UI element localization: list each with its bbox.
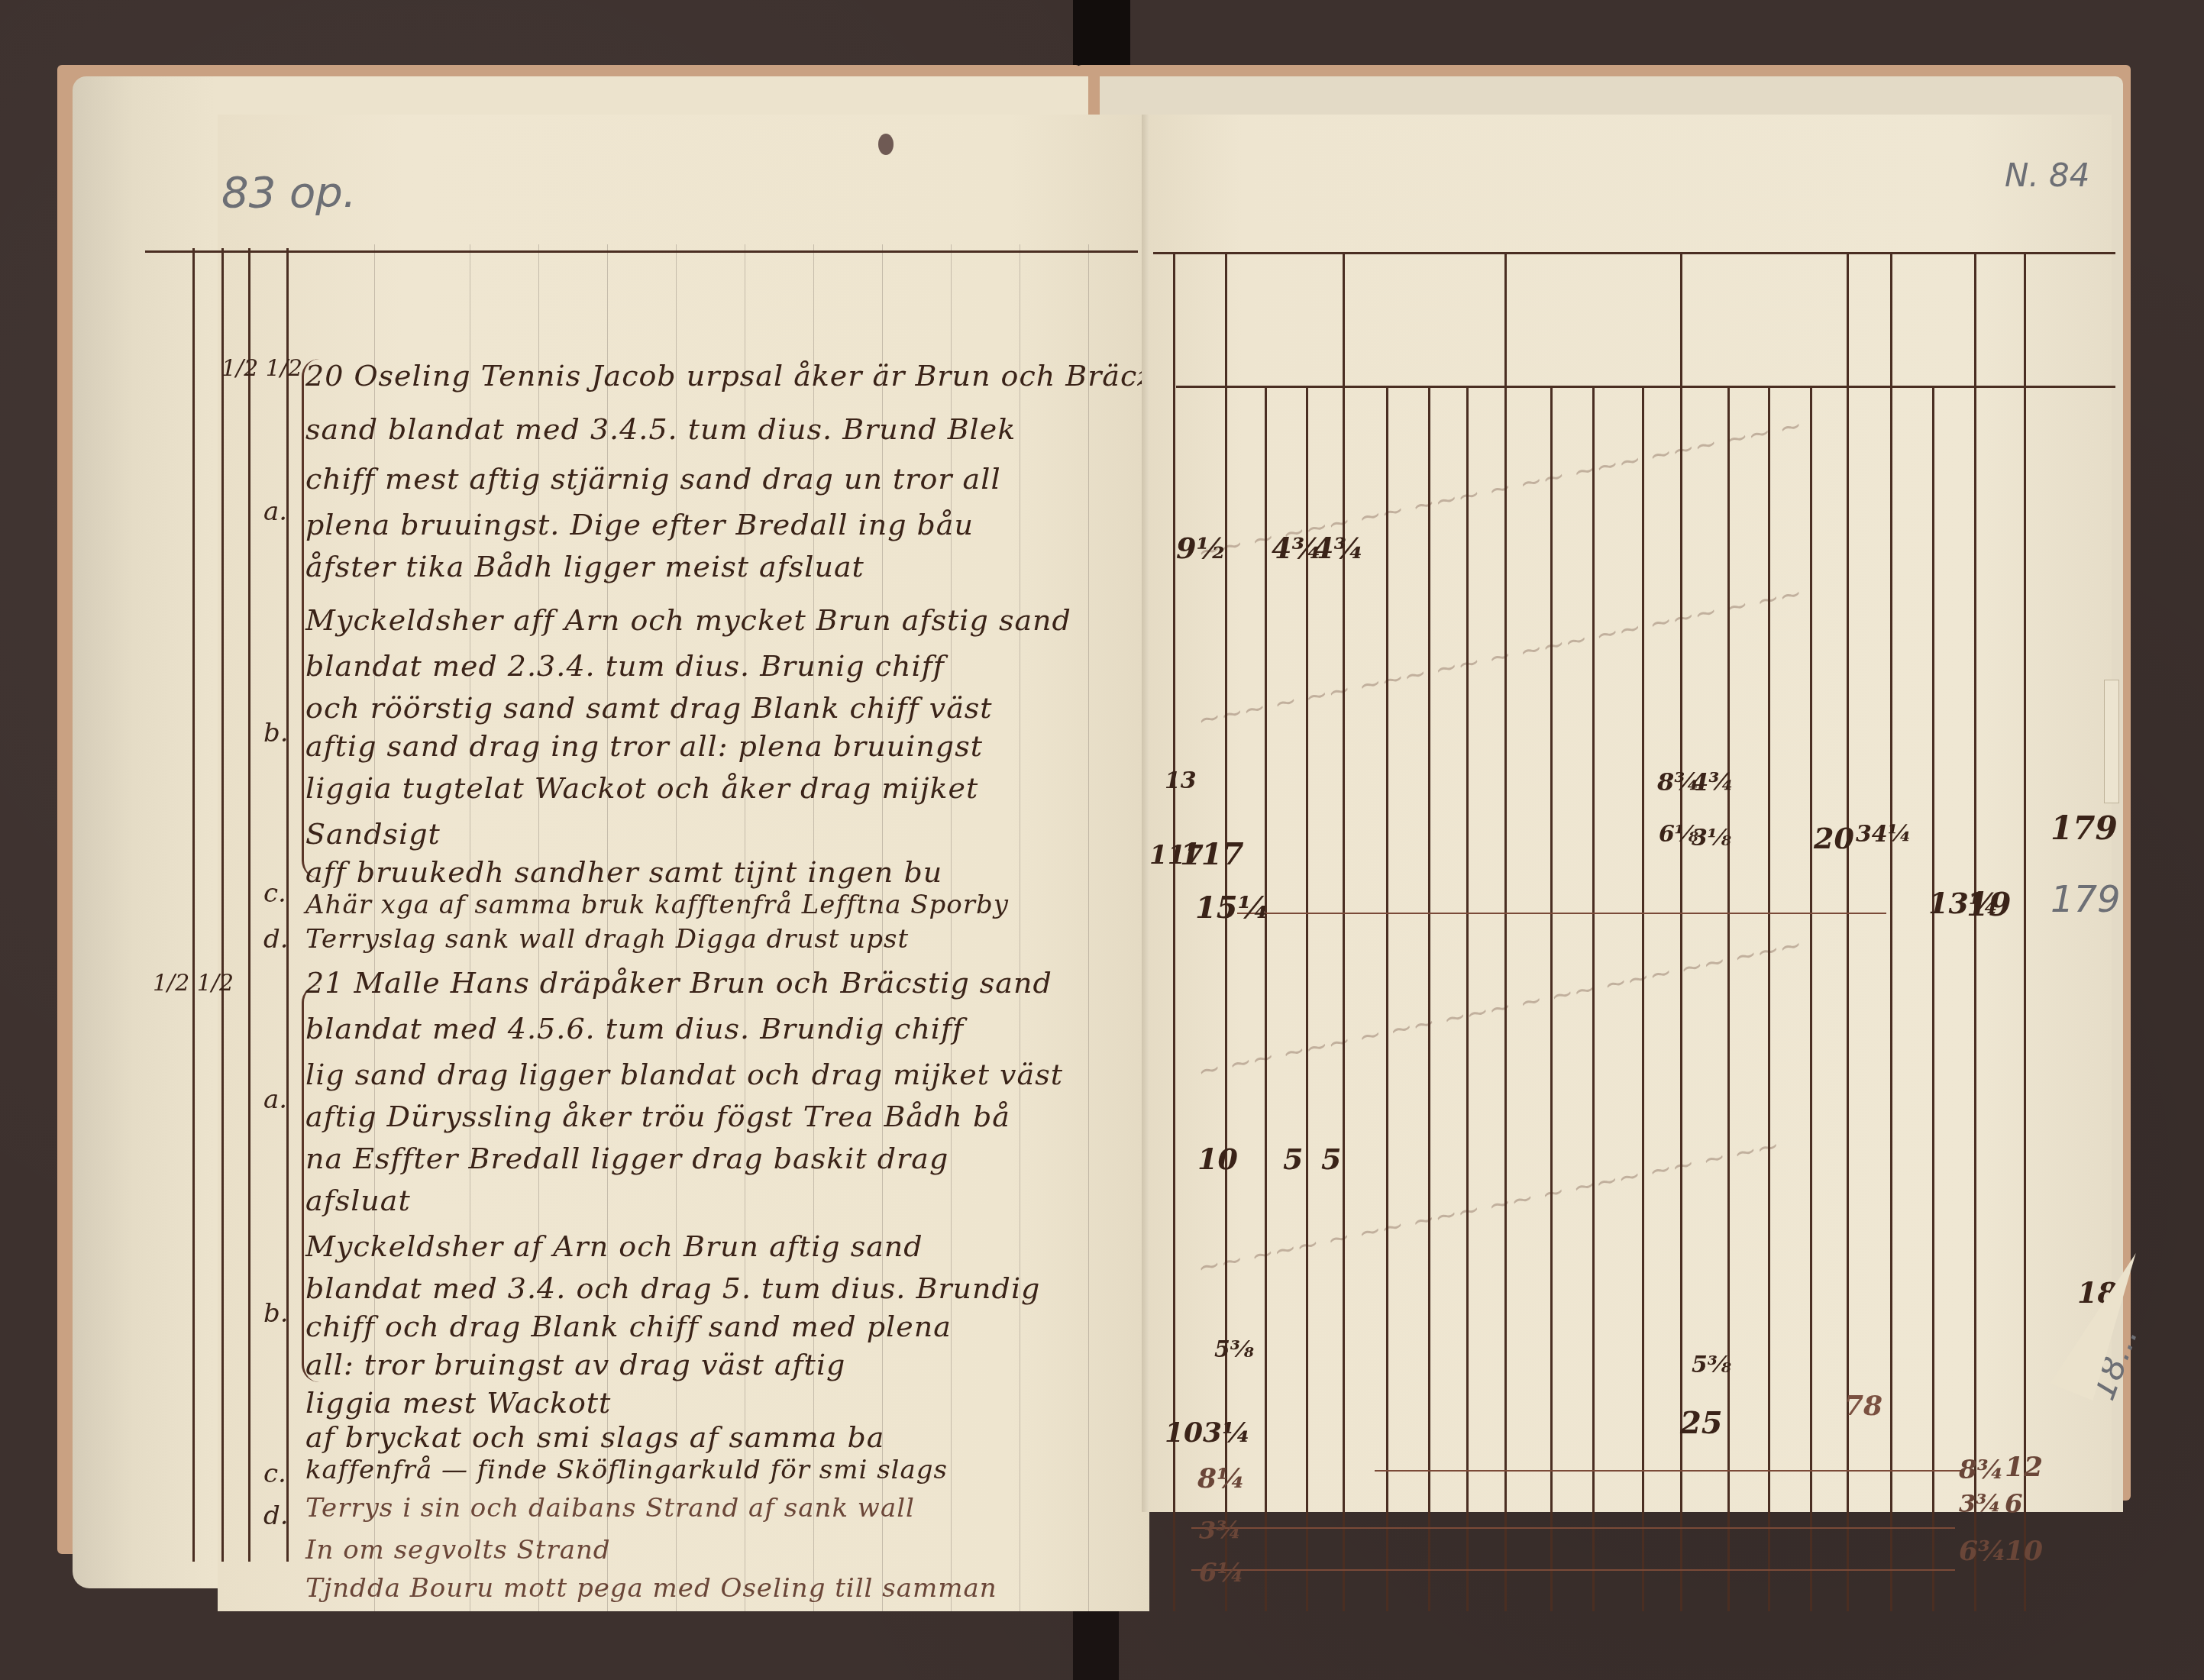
column-rule — [1225, 252, 1227, 1611]
sub-letter-b: b. — [263, 718, 289, 748]
index-tab — [2104, 680, 2119, 803]
column-rule — [1173, 252, 1175, 1611]
entry-21c-line-1: af bryckat och smi slags af samma ba — [305, 1420, 885, 1454]
value-cell: 20 — [1814, 821, 1854, 855]
sub-letter-d: d. — [263, 1501, 289, 1531]
column-rule — [1428, 386, 1430, 1611]
sub-letter-a: a. — [263, 1084, 287, 1115]
subtotal-line — [1191, 1527, 1955, 1529]
value-cell: 6¾ — [1959, 1535, 2007, 1567]
entry-21b-line-2: blandat med 3.4. och drag 5. tum dius. B… — [305, 1271, 1040, 1305]
column-rule — [1343, 252, 1345, 1611]
subtotal-line — [1191, 1569, 1955, 1571]
entry-20-line-5: åfster tika Bådh ligger meist afsluat — [305, 550, 864, 583]
value-cell: 6 — [2005, 1489, 2023, 1520]
sub-letter-c: c. — [263, 1459, 286, 1489]
entry-20-line-4: plena bruuingst. Dige efter Bredall ing … — [305, 508, 974, 541]
entry-20b-line-1: Myckeldsher aff Arn och mycket Brun afst… — [305, 603, 1071, 637]
entry-20c-line-1: aff bruukedh sandher samt tijnt ingen bu — [305, 855, 942, 889]
header-rule — [145, 250, 1138, 253]
sub-letter-d: d. — [263, 924, 289, 955]
page-gutter — [1142, 115, 1149, 1512]
entry-21b-line-5: liggia mest Wackott — [305, 1386, 611, 1420]
column-rule — [1768, 386, 1770, 1611]
value-cell: 179 — [2050, 809, 2118, 847]
value-cell: 103¼ — [1165, 1417, 1251, 1449]
entry-21c-line-2: kaffenfrå — finde Sköflingarkuld för smi… — [305, 1455, 948, 1485]
value-cell: 4¾ — [1692, 767, 1734, 796]
value-cell: 3⅛ — [1692, 825, 1731, 851]
value-cell: 13 — [1165, 767, 1197, 794]
sub-letter-c: c. — [263, 878, 286, 909]
entry-21-line-3: lig sand drag ligger blandat och drag mi… — [305, 1058, 1063, 1091]
value-cell: 5⅜ — [1692, 1352, 1731, 1378]
entry-20-line-2: sand blandat med 3.4.5. tum dius. Brund … — [305, 412, 1016, 446]
entry-20b-line-4: aftig sand drag ing tror all: plena bruu… — [305, 729, 983, 763]
column-rule — [1306, 386, 1308, 1611]
faint-rule — [1088, 244, 1089, 1611]
value-cell: 8¼ — [1197, 1462, 1246, 1494]
entry-21-line-5: na Esffter Bredall ligger drag baskit dr… — [305, 1142, 948, 1175]
value-cell: 19 — [1966, 886, 2011, 923]
entry-20d-line-1: Terryslag sank wall dragh Digga drust up… — [305, 924, 909, 955]
column-rule — [2024, 252, 2026, 1611]
value-cell: 5⅜ — [1214, 1336, 1254, 1363]
entry-21b-line-4: all: tror bruingst av drag väst aftig — [305, 1348, 845, 1381]
sub-letter-a: a. — [263, 496, 287, 527]
entry-20b-line-3: och röörstig sand samt drag Blank chiff … — [305, 691, 993, 725]
entry-20c-line-2: Ahär xga af samma bruk kafftenfrå Lefftn… — [305, 890, 1009, 920]
margin-rule — [192, 248, 195, 1562]
folio-note-right: N. 84 — [2005, 157, 2090, 194]
entry-20b-line-5: liggia tugtelat Wackot och åker drag mij… — [305, 771, 978, 805]
value-cell: 3¾ — [1959, 1489, 2002, 1518]
entry-21b-line-3: chiff och drag Blank chiff sand med plen… — [305, 1310, 952, 1343]
book-spine — [1073, 0, 1130, 73]
footer-line-1: In om segvolts Strand — [305, 1535, 611, 1565]
value-cell: 4¾ — [1314, 531, 1364, 565]
footer-line-2: Tjndda Bouru mott pega med Oseling till … — [305, 1573, 997, 1604]
header-rule — [1153, 252, 2115, 254]
entry-20-line-1: 20 Oseling Tennis Jacob urpsal åker är B… — [305, 359, 1153, 393]
entry-21b-line-1: Myckeldsher af Arn och Brun aftig sand — [305, 1229, 923, 1263]
subtotal-line — [1375, 1470, 1963, 1472]
margin-fraction: 1/2 1/2 — [153, 970, 234, 997]
margin-rule — [248, 248, 250, 1562]
entry-21d-line-1: Terrys i sin och daibans Strand af sank … — [305, 1493, 915, 1523]
entry-20b-line-2: blandat med 2.3.4. tum dius. Brunig chif… — [305, 649, 945, 683]
entry-21-line-2: blandat med 4.5.6. tum dius. Brundig chi… — [305, 1012, 964, 1045]
sub-letter-b: b. — [263, 1298, 289, 1329]
column-rule — [1727, 386, 1730, 1611]
value-cell: 6¼ — [1199, 1558, 1244, 1588]
value-cell: 10 — [1197, 1142, 1238, 1176]
column-rule — [1932, 386, 1934, 1611]
column-rule — [1466, 386, 1469, 1611]
margin-fraction: 1/2 1/2 — [221, 355, 302, 382]
entry-20b-line-6: Sandsigt — [305, 817, 441, 851]
column-rule — [1810, 386, 1812, 1611]
column-rule — [1550, 386, 1553, 1611]
value-cell: 5 — [1321, 1142, 1341, 1176]
value-cell: 8¾ — [1959, 1455, 2004, 1485]
column-rule — [1974, 252, 1976, 1611]
value-cell: 78 — [1844, 1390, 1882, 1422]
value-cell: 25 — [1680, 1405, 1723, 1441]
value-cell: 15¼ — [1195, 890, 1269, 926]
faint-rule — [951, 244, 952, 1611]
entry-20-line-3: chiff mest aftig stjärnig sand drag un t… — [305, 462, 1001, 496]
margin-rule — [221, 248, 224, 1562]
folio-note-left: 83 op. — [221, 168, 357, 218]
column-rule — [1592, 386, 1595, 1611]
value-cell: 34¼ — [1856, 821, 1912, 848]
pencil-value: 179 — [2050, 878, 2121, 921]
entry-21-line-1: 21 Malle Hans dräpåker Brun och Bräcstig… — [305, 966, 1052, 1000]
value-cell: 12 — [2005, 1451, 2043, 1483]
value-cell: 10 — [2005, 1535, 2043, 1567]
margin-rule — [286, 248, 289, 1562]
column-rule — [1642, 386, 1644, 1611]
entry-21-line-4: aftig Düryssling åker tröu fögst Trea Bå… — [305, 1100, 1010, 1133]
value-cell: 117 — [1180, 836, 1244, 872]
value-cell: 9½ — [1176, 531, 1226, 565]
column-rule — [1386, 386, 1388, 1611]
subtotal-line — [1237, 913, 1886, 914]
binding-hole — [878, 134, 894, 155]
entry-21-line-6: afsluat — [305, 1184, 411, 1217]
value-cell: 3¾ — [1199, 1516, 1242, 1545]
value-cell: 5 — [1283, 1142, 1303, 1176]
faint-rule — [1020, 244, 1020, 1611]
column-rule — [1890, 252, 1892, 1611]
right-page — [1146, 115, 2112, 1512]
column-rule — [1504, 252, 1507, 1611]
column-rule — [1265, 386, 1267, 1611]
